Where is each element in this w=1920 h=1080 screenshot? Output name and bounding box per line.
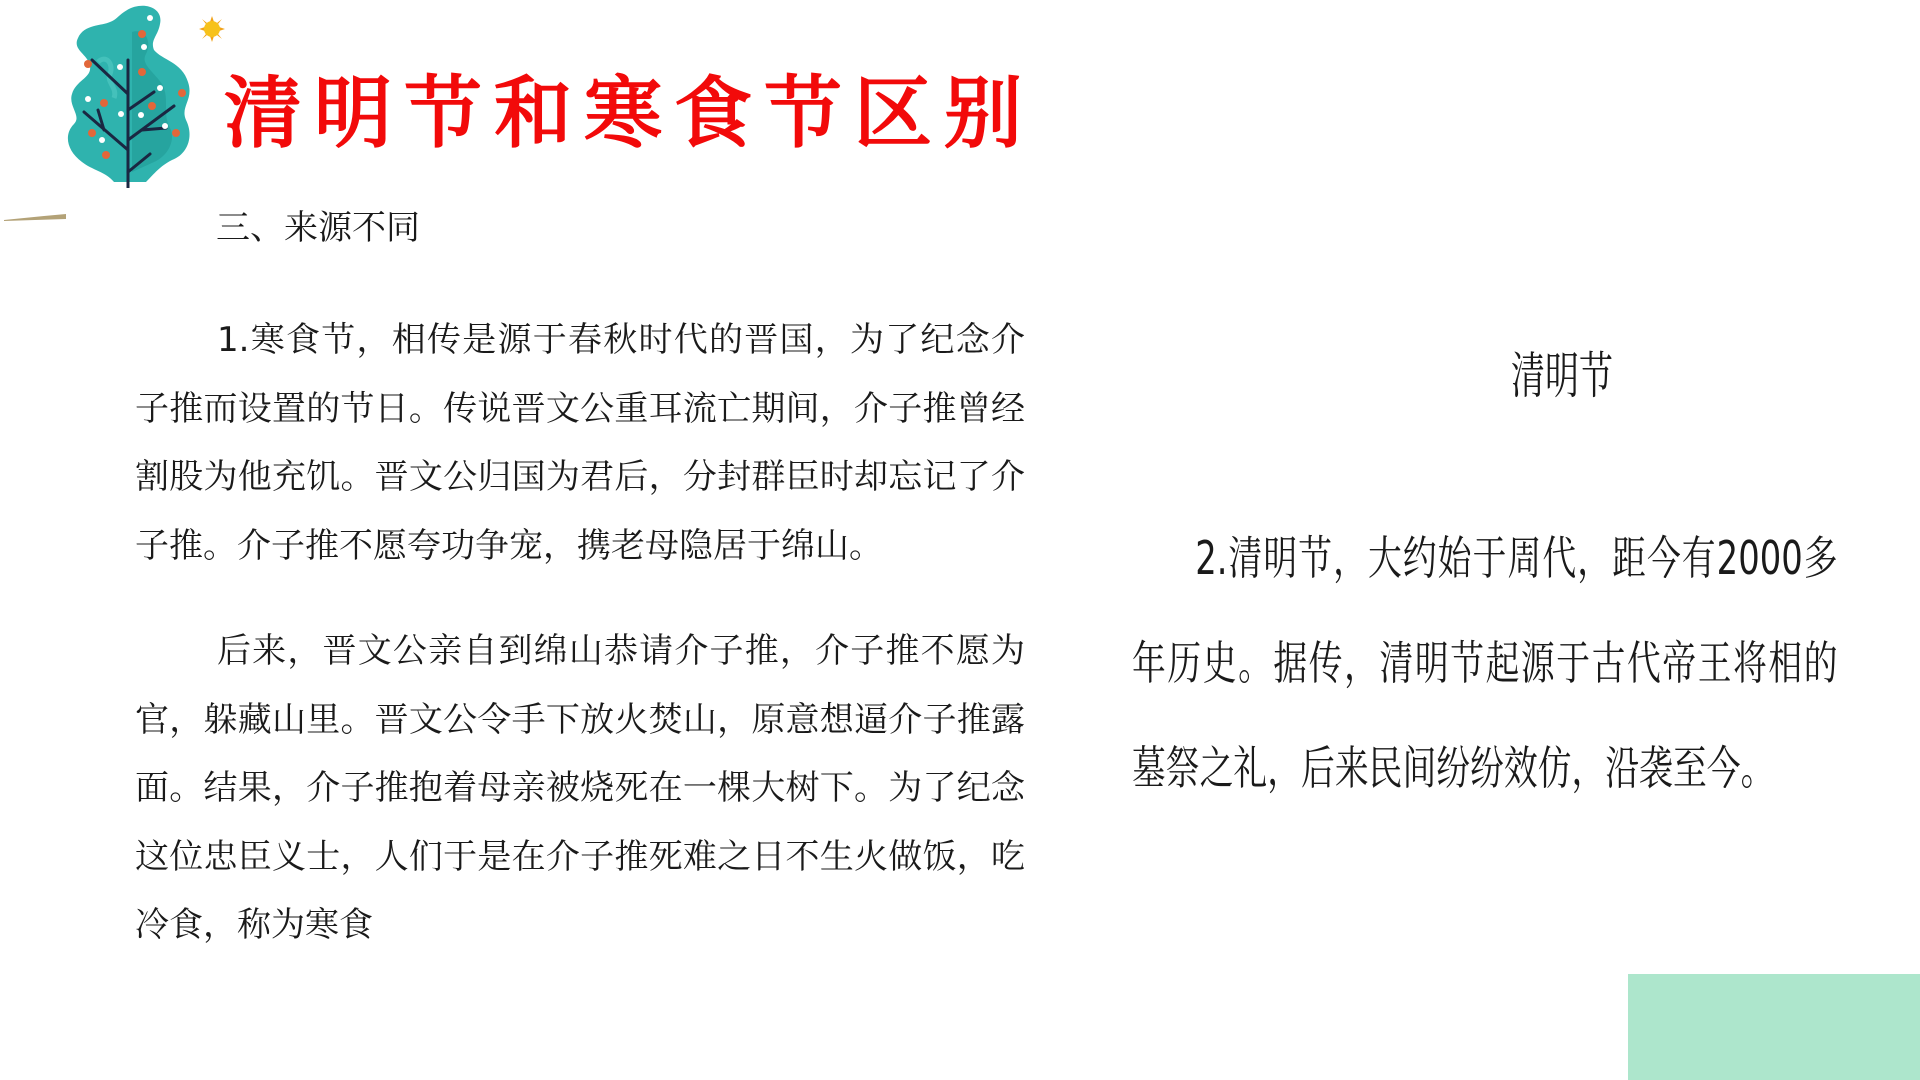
- hanshi-column: 1.寒食节，相传是源于春秋时代的晋国，为了纪念介子推而设置的节日。传说晋文公重耳…: [135, 306, 1025, 960]
- qingming-paragraph: 2.清明节，大约始于周代，距今有2000多年历史。据传，清明节起源于古代帝王将相…: [1132, 506, 1838, 821]
- green-corner-block: [1628, 974, 1920, 1080]
- hanshi-paragraph-2: 后来，晋文公亲自到绵山恭请介子推，介子推不愿为官，躲藏山里。晋文公令手下放火焚山…: [135, 617, 1025, 960]
- accent-wedge: [4, 212, 66, 222]
- tree-icon: [62, 2, 197, 188]
- qingming-paragraph-wrap: 2.清明节，大约始于周代，距今有2000多年历史。据传，清明节起源于古代帝王将相…: [1132, 506, 1838, 821]
- hanshi-paragraph-1: 1.寒食节，相传是源于春秋时代的晋国，为了纪念介子推而设置的节日。传说晋文公重耳…: [135, 306, 1025, 580]
- sun-icon: [198, 15, 226, 43]
- qingming-column: 清明节 2.清明节，大约始于周代，距今有2000多年历史。据传，清明节起源于古代…: [1132, 338, 1842, 821]
- section-heading: 三、来源不同: [216, 206, 420, 250]
- page-title: 清明节和寒食节区别: [224, 64, 1034, 164]
- slide: 清明节和寒食节区别 三、来源不同 1.寒食节，相传是源于春秋时代的晋国，为了纪念…: [0, 0, 1920, 1080]
- qingming-subtitle: 清明节: [1132, 338, 1842, 414]
- qingming-subtitle-text: 清明节: [1511, 338, 1613, 414]
